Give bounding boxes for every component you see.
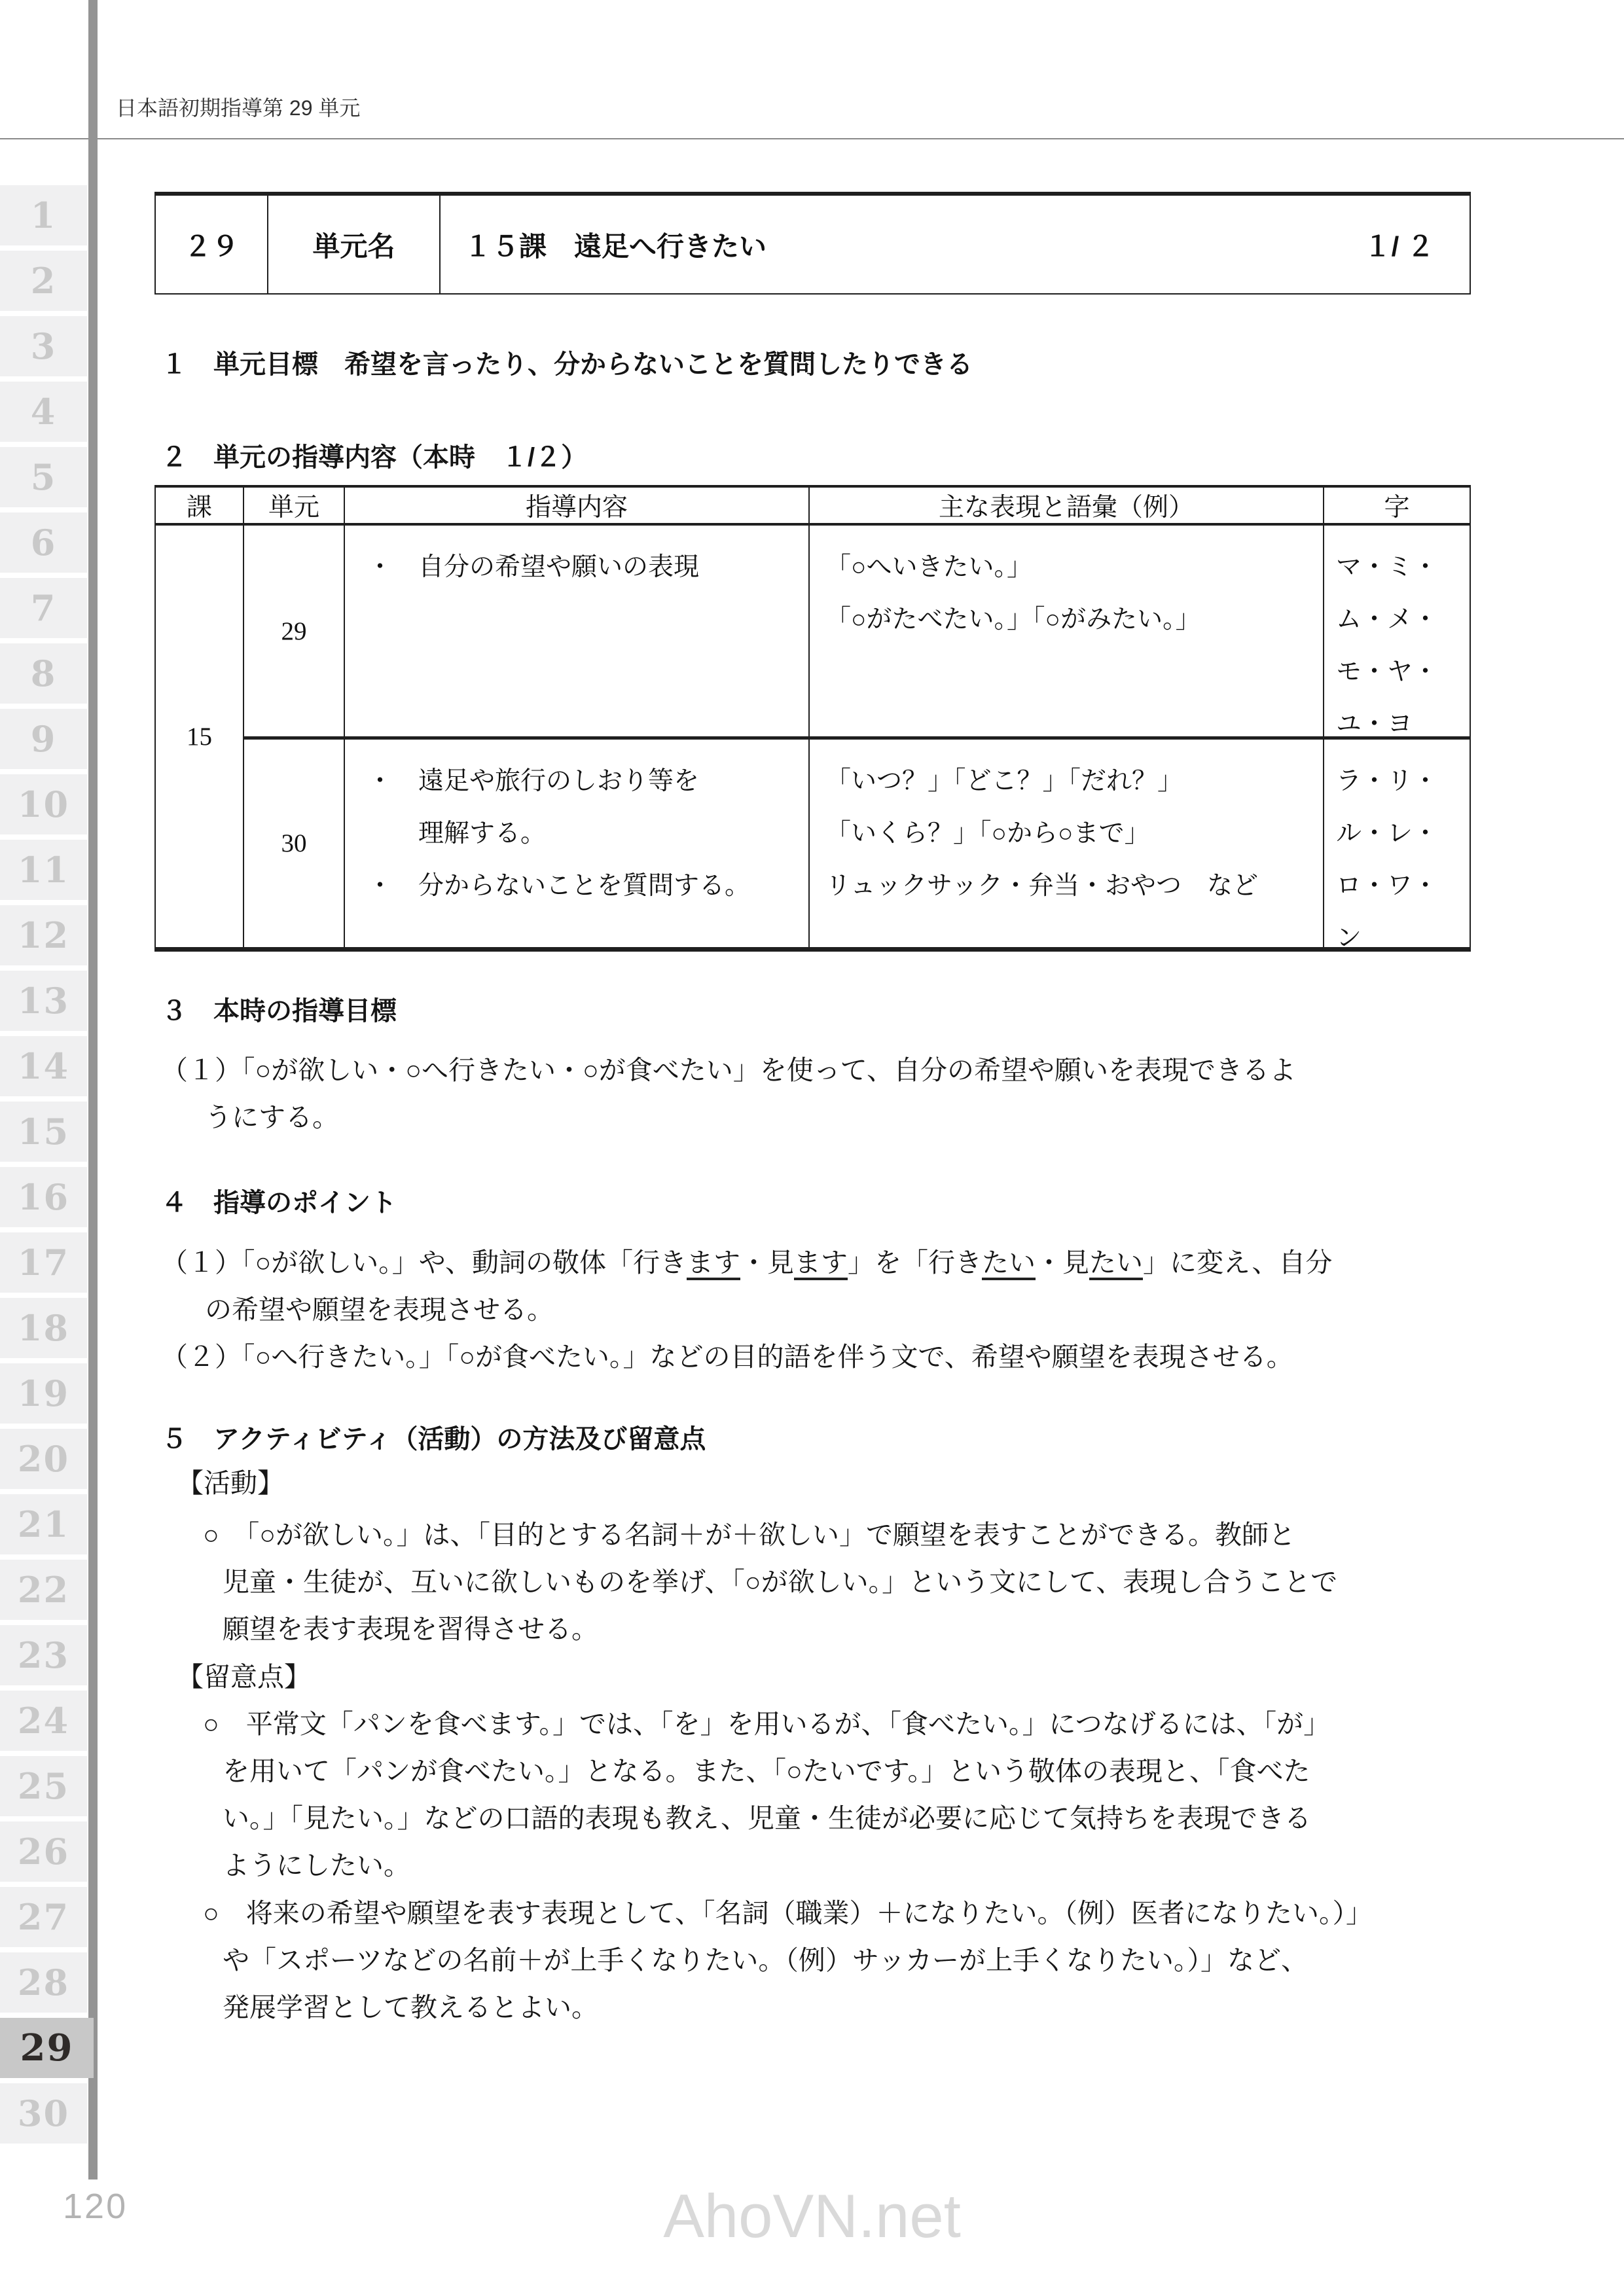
text-segment: 」を「行き	[848, 1247, 982, 1278]
text-line: ○ 将来の希望や願望を表す表現として、「名詞（職業）＋になりたい。（例）医者にな…	[203, 1890, 1373, 1937]
sidebar-rail-divider	[88, 0, 98, 2179]
text-line: ル・レ・	[1336, 808, 1470, 860]
sidebar-tab-28[interactable]: 28	[0, 1952, 87, 2013]
text-line: 理解する。	[367, 808, 808, 860]
text-segment: ・ 分からないことを質問する。	[367, 872, 750, 900]
text-segment: 「○へいきたい。」	[825, 553, 1032, 581]
sidebar-tab-21[interactable]: 21	[0, 1494, 87, 1554]
page-fraction: １/ ２	[1364, 225, 1434, 264]
text-segment: 」に変え、自分	[1143, 1247, 1332, 1278]
sidebar-tab-16[interactable]: 16	[0, 1167, 87, 1227]
text-segment: ○ 将来の希望や願望を表す表現として、「名詞（職業）＋になりたい。（例）医者にな…	[203, 1898, 1373, 1928]
unit-title-table: ２９ 単元名 １５課 遠足へ行きたい １/ ２	[154, 192, 1471, 295]
sidebar-tab-12[interactable]: 12	[0, 905, 87, 965]
text-segment: ン	[1336, 924, 1362, 947]
text-segment: リュックサック・弁当・おやつ など	[825, 872, 1258, 900]
text-segment: （２）「○へ行きたい。」「○が食べたい。」などの目的語を伴う文で、希望や願望を表…	[161, 1342, 1293, 1372]
sidebar-tab-10[interactable]: 10	[0, 774, 87, 834]
section3-paragraph: （１）「○が欲しい・○へ行きたい・○が食べたい」を使って、自分の希望や願いを表現…	[161, 1047, 1296, 1141]
document-page: 1234567891011121314151617181920212223242…	[0, 0, 1624, 2296]
text-segment: ル・レ・	[1336, 819, 1438, 848]
unit-number-cell: ２９	[156, 196, 268, 293]
text-line: うにする。	[205, 1094, 1296, 1141]
underlined-segment: ます	[794, 1247, 848, 1280]
unit29-kana-cell: マ・ミ・ム・メ・モ・ヤ・ユ・ヨ	[1324, 526, 1470, 740]
sidebar-tab-19[interactable]: 19	[0, 1363, 87, 1424]
col-header-unit: 単元	[244, 488, 345, 526]
text-segment: ようにしたい。	[223, 1850, 410, 1880]
section5-heading: ５ アクティビティ（活動）の方法及び留意点	[161, 1416, 706, 1463]
section4-heading: ４ 指導のポイント	[161, 1179, 397, 1227]
underlined-segment: たい	[1089, 1247, 1143, 1280]
sidebar-tab-4[interactable]: 4	[0, 382, 87, 442]
section3-heading: ３ 本時の指導目標	[161, 988, 397, 1035]
sidebar-tab-27[interactable]: 27	[0, 1887, 87, 1947]
sidebar-tab-3[interactable]: 3	[0, 316, 87, 376]
sidebar-tab-26[interactable]: 26	[0, 1821, 87, 1882]
text-line: ロ・ワ・	[1336, 860, 1470, 912]
text-segment: マ・ミ・	[1336, 553, 1438, 581]
sidebar-tab-9[interactable]: 9	[0, 709, 87, 769]
text-segment: ・見	[1036, 1247, 1089, 1278]
text-segment: 「いくら？」「○から○まで」	[825, 819, 1150, 848]
text-line: ラ・リ・	[1336, 755, 1470, 808]
text-segment: ・ 自分の希望や願いの表現	[367, 553, 699, 581]
text-line: 児童・生徒が、互いに欲しいものを挙げ、「○が欲しい。」という文にして、表現し合う…	[223, 1558, 1337, 1605]
text-line: 「○がたべたい。」「○がみたい。」	[825, 594, 1323, 646]
header-rule	[0, 138, 1624, 139]
unit29-expressions-cell: 「○へいきたい。」「○がたべたい。」「○がみたい。」	[810, 526, 1324, 740]
lesson-number-cell: 15	[156, 526, 244, 947]
text-line: ユ・ヨ	[1336, 698, 1470, 740]
sidebar-tab-15[interactable]: 15	[0, 1102, 87, 1162]
col-header-expressions: 主な表現と語彙（例）	[810, 488, 1324, 526]
text-segment: ・ 遠足や旅行のしおり等を	[367, 767, 699, 795]
underlined-segment: たい	[982, 1247, 1036, 1280]
sidebar-tab-1[interactable]: 1	[0, 185, 87, 245]
activity-label: 【活動】	[177, 1460, 284, 1507]
text-segment: 「○がたべたい。」「○がみたい。」	[825, 605, 1201, 634]
sidebar-tab-6[interactable]: 6	[0, 512, 87, 573]
sidebar-tab-22[interactable]: 22	[0, 1560, 87, 1620]
text-segment: ○ 平常文「パンを食べます。」では、「を」を用いるが、「食べたい。」につなげるに…	[203, 1709, 1330, 1739]
col-header-content: 指導内容	[345, 488, 810, 526]
main-content: ２９ 単元名 １５課 遠足へ行きたい １/ ２ １ 単元目標 希望を言ったり、分…	[154, 0, 1471, 2296]
watermark: AhoVN.net	[0, 2181, 1624, 2251]
unit30-cell: 30	[244, 740, 345, 947]
col-header-lesson: 課	[156, 488, 244, 526]
text-line: 願望を表す表現を習得させる。	[223, 1605, 1337, 1653]
text-line: や「スポーツなどの名前＋が上手くなりたい。（例）サッカーが上手くなりたい。）」な…	[223, 1937, 1373, 1984]
sidebar-tab-23[interactable]: 23	[0, 1625, 87, 1685]
text-line: ン	[1336, 912, 1470, 947]
sidebar-tab-30[interactable]: 30	[0, 2083, 87, 2144]
lesson-title: １５課 遠足へ行きたい	[464, 225, 767, 264]
teaching-content-table: 課 単元 指導内容 主な表現と語彙（例） 字 15 29 ・ 自分の希望や願いの…	[154, 485, 1471, 952]
sidebar-tab-13[interactable]: 13	[0, 971, 87, 1031]
text-line: ・ 分からないことを質問する。	[367, 860, 808, 912]
text-line: を用いて「パンが食べたい。」となる。また、「○たいです。」という敬体の表現と、「…	[223, 1748, 1330, 1795]
text-segment: い。」「見たい。」などの口語的表現も教え、児童・生徒が必要に応じて気持ちを表現で…	[223, 1803, 1311, 1833]
text-segment: 「いつ？」「どこ？」「だれ？」	[825, 767, 1183, 795]
unit30-expressions-cell: 「いつ？」「どこ？」「だれ？」「いくら？」「○から○まで」リュックサック・弁当・…	[810, 740, 1324, 947]
text-line: （１）「○が欲しい。」や、動詞の敬体「行きます・見ます」を「行きたい・見たい」に…	[161, 1239, 1332, 1286]
text-line: モ・ヤ・	[1336, 646, 1470, 698]
text-line: （１）「○が欲しい・○へ行きたい・○が食べたい」を使って、自分の希望や願いを表現…	[161, 1047, 1296, 1094]
section4-paragraph: （１）「○が欲しい。」や、動詞の敬体「行きます・見ます」を「行きたい・見たい」に…	[161, 1239, 1332, 1380]
text-line: リュックサック・弁当・おやつ など	[825, 860, 1323, 912]
text-segment: を用いて「パンが食べたい。」となる。また、「○たいです。」という敬体の表現と、「…	[223, 1756, 1310, 1786]
unit-name-label-cell: 単元名	[268, 196, 441, 293]
activity-paragraph: ○ 「○が欲しい。」は、「目的とする名詞＋が＋欲しい」で願望を表すことができる。…	[203, 1511, 1337, 1653]
sidebar-tab-25[interactable]: 25	[0, 1756, 87, 1816]
text-segment: ラ・リ・	[1336, 767, 1438, 795]
unit30-content-cell: ・ 遠足や旅行のしおり等を 理解する。・ 分からないことを質問する。	[345, 740, 810, 947]
notes-label: 【留意点】	[177, 1653, 311, 1700]
text-segment: ・見	[740, 1247, 794, 1278]
text-line: マ・ミ・	[1336, 541, 1470, 594]
sidebar-tab-5[interactable]: 5	[0, 447, 87, 507]
unit30-kana-cell: ラ・リ・ル・レ・ロ・ワ・ン	[1324, 740, 1470, 947]
sidebar-tab-24[interactable]: 24	[0, 1691, 87, 1751]
col-header-kana: 字	[1324, 488, 1470, 526]
text-segment: の希望や願望を表現させる。	[205, 1295, 554, 1325]
text-segment: ロ・ワ・	[1336, 872, 1438, 900]
text-line: （２）「○へ行きたい。」「○が食べたい。」などの目的語を伴う文で、希望や願望を表…	[161, 1333, 1332, 1380]
underlined-segment: ます	[687, 1247, 740, 1280]
sidebar-tab-14[interactable]: 14	[0, 1036, 87, 1096]
sidebar-tab-2[interactable]: 2	[0, 251, 87, 311]
sidebar-tab-20[interactable]: 20	[0, 1429, 87, 1489]
text-line: ・ 自分の希望や願いの表現	[367, 541, 808, 594]
text-segment: ○ 「○が欲しい。」は、「目的とする名詞＋が＋欲しい」で願望を表すことができる。…	[203, 1520, 1295, 1550]
text-segment: モ・ヤ・	[1336, 658, 1438, 686]
text-line: い。」「見たい。」などの口語的表現も教え、児童・生徒が必要に応じて気持ちを表現で…	[223, 1795, 1330, 1842]
text-segment: や「スポーツなどの名前＋が上手くなりたい。（例）サッカーが上手くなりたい。）」な…	[223, 1945, 1308, 1975]
sidebar-tab-7[interactable]: 7	[0, 578, 87, 638]
sidebar-tab-11[interactable]: 11	[0, 840, 87, 900]
text-line: ・ 遠足や旅行のしおり等を	[367, 755, 808, 808]
text-line: の希望や願望を表現させる。	[205, 1286, 1332, 1333]
unit29-content-cell: ・ 自分の希望や願いの表現	[345, 526, 810, 740]
section1-heading: １ 単元目標 希望を言ったり、分からないことを質問したりできる	[161, 341, 973, 388]
text-segment: ユ・ヨ	[1336, 710, 1413, 738]
text-line: 発展学習として教えるとよい。	[223, 1984, 1373, 2031]
lesson-title-cell: １５課 遠足へ行きたい １/ ２	[441, 196, 1472, 293]
sidebar-tab-17[interactable]: 17	[0, 1232, 87, 1293]
notes-paragraph-2: ○ 将来の希望や願望を表す表現として、「名詞（職業）＋になりたい。（例）医者にな…	[203, 1890, 1373, 2031]
text-line: ○ 平常文「パンを食べます。」では、「を」を用いるが、「食べたい。」につなげるに…	[203, 1700, 1330, 1748]
sidebar-tab-8[interactable]: 8	[0, 643, 87, 704]
section2-heading: ２ 単元の指導内容（本時 １/２）	[161, 434, 587, 481]
sidebar-tab-18[interactable]: 18	[0, 1298, 87, 1358]
text-segment: うにする。	[205, 1102, 339, 1132]
text-segment: ム・メ・	[1336, 605, 1438, 634]
text-line: ようにしたい。	[223, 1842, 1330, 1889]
text-line: 「いくら？」「○から○まで」	[825, 808, 1323, 860]
text-segment: （１）「○が欲しい・○へ行きたい・○が食べたい」を使って、自分の希望や願いを表現…	[161, 1055, 1296, 1085]
text-segment: 願望を表す表現を習得させる。	[223, 1614, 598, 1644]
notes-paragraph-1: ○ 平常文「パンを食べます。」では、「を」を用いるが、「食べたい。」につなげるに…	[203, 1700, 1330, 1889]
text-segment: 発展学習として教えるとよい。	[223, 1992, 598, 2022]
text-line: 「いつ？」「どこ？」「だれ？」	[825, 755, 1323, 808]
sidebar-tab-29[interactable]: 29	[0, 2018, 94, 2078]
text-segment: 理解する。	[367, 819, 546, 848]
text-segment: 児童・生徒が、互いに欲しいものを挙げ、「○が欲しい。」という文にして、表現し合う…	[223, 1567, 1337, 1597]
text-line: ム・メ・	[1336, 594, 1470, 646]
text-line: ○ 「○が欲しい。」は、「目的とする名詞＋が＋欲しい」で願望を表すことができる。…	[203, 1511, 1337, 1558]
text-line: 「○へいきたい。」	[825, 541, 1323, 594]
text-segment: （１）「○が欲しい。」や、動詞の敬体「行き	[161, 1247, 687, 1278]
unit29-cell: 29	[244, 526, 345, 740]
